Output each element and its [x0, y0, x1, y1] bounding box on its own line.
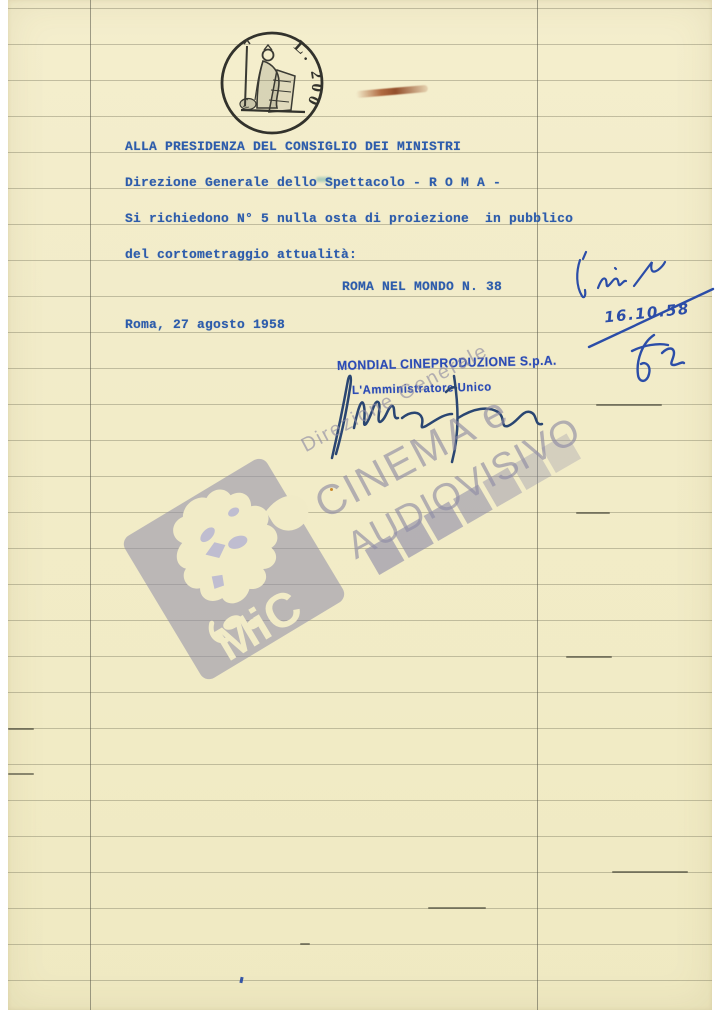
recipient-line-2: Direzione Generale dello Spettacolo - R … — [125, 175, 501, 190]
signature-scribble — [318, 362, 558, 467]
paper-speck — [330, 488, 333, 491]
film-strip-square — [365, 535, 405, 575]
scan-artifact-dash — [576, 512, 610, 514]
ruled-lines — [8, 8, 712, 1004]
film-strip-square — [424, 501, 464, 541]
scan-artifact-dash — [566, 656, 612, 658]
recipient-line-1: ALLA PRESIDENZA DEL CONSIGLIO DEI MINIST… — [125, 139, 461, 154]
handwritten-initials-scribble — [614, 327, 694, 387]
scan-artifact-dash — [612, 871, 688, 873]
revenue-stamp-seal-icon: L. 200 — [217, 30, 327, 140]
film-title: ROMA NEL MONDO N. 38 — [342, 279, 502, 294]
dateline: Roma, 27 agosto 1958 — [125, 317, 285, 332]
film-strip-square — [394, 518, 434, 558]
ink-dot — [239, 977, 243, 983]
watermark-mic-logo: MiC — [120, 455, 348, 683]
request-line-2: del cortometraggio attualità: — [125, 247, 357, 262]
svg-text:L. 200: L. 200 — [290, 36, 327, 111]
revenue-stamp-value: L. 200 — [290, 36, 327, 111]
scan-artifact-dash — [8, 728, 34, 730]
scan-artifact-dash — [300, 943, 310, 945]
film-strip-square — [483, 467, 523, 507]
scanned-letter-canvas: L. 200 ALLA PRESIDENZA DEL CONSIGLIO DEI… — [0, 0, 715, 1024]
scan-artifact-dash — [428, 907, 486, 909]
watermark-mic-text: MiC — [206, 579, 312, 673]
scan-artifact-dash — [596, 404, 662, 406]
mic-lion-icon — [120, 455, 348, 683]
right-margin-line — [537, 0, 538, 1010]
rust-stain — [356, 85, 428, 98]
film-strip-square — [453, 484, 493, 524]
left-margin-line — [90, 0, 91, 1010]
request-line-1: Si richiedono N° 5 nulla osta di proiezi… — [125, 211, 573, 226]
document-page: L. 200 ALLA PRESIDENZA DEL CONSIGLIO DEI… — [8, 0, 712, 1010]
scan-artifact-dash — [8, 773, 34, 775]
